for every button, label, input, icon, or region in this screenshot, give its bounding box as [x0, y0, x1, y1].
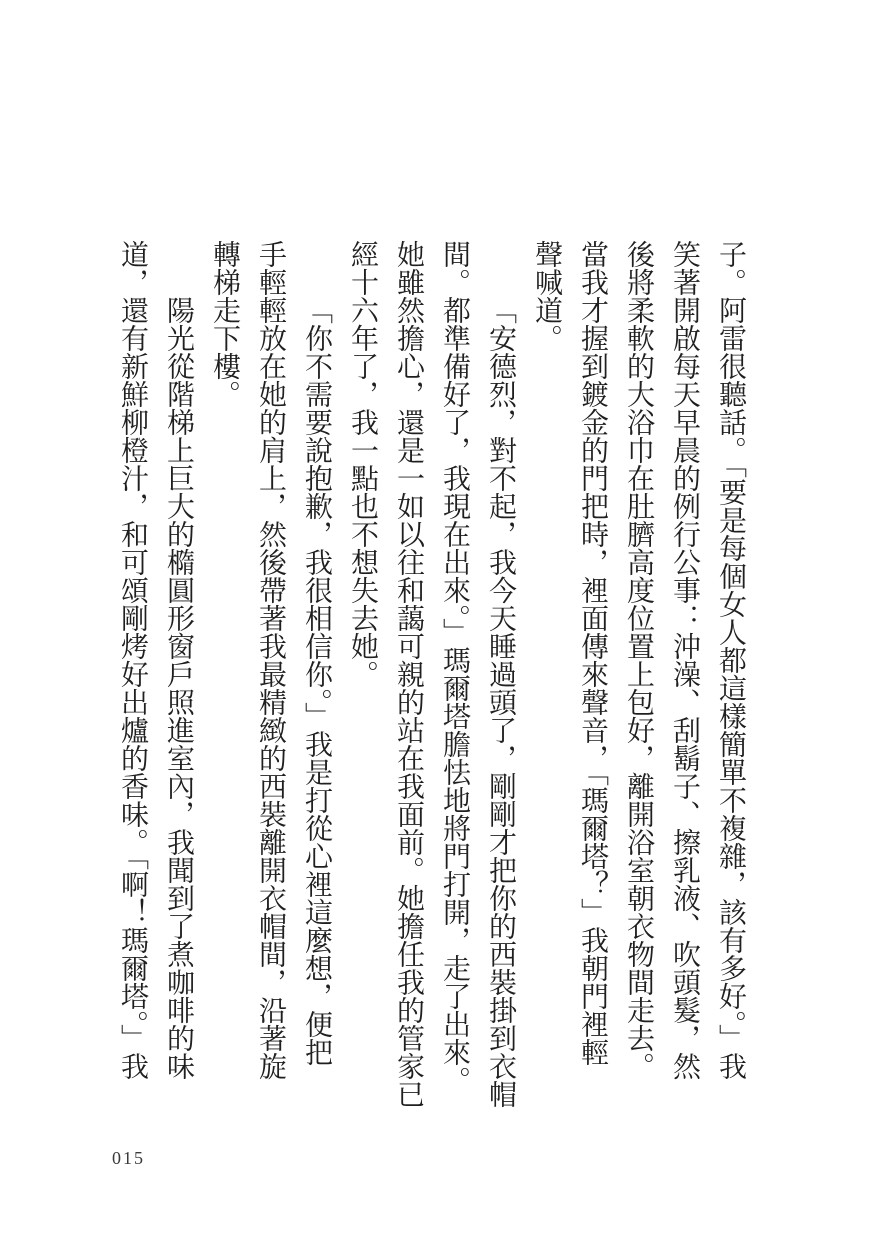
text-column: 聲喊道。	[523, 240, 569, 1120]
text-column: 笑著開啟每天早晨的例行公事：沖澡、刮鬍子、擦乳液、吹頭髮，然	[661, 240, 707, 1120]
text-column: 經十六年了，我一點也不想失去她。	[339, 240, 385, 1120]
book-page: 子。阿雷很聽話。「要是每個女人都這樣簡單不複雜，該有多好。」我笑著開啟每天早晨的…	[0, 0, 875, 1241]
body-text: 子。阿雷很聽話。「要是每個女人都這樣簡單不複雜，該有多好。」我笑著開啟每天早晨的…	[109, 240, 753, 1120]
text-column: 「安德烈，對不起，我今天睡過頭了，剛剛才把你的西裝掛到衣帽	[477, 240, 523, 1120]
text-column: 「你不需要說抱歉，我很相信你。」我是打從心裡這麼想，便把	[293, 240, 339, 1120]
page-number: 015	[112, 1148, 145, 1169]
text-column: 後將柔軟的大浴巾在肚臍高度位置上包好，離開浴室朝衣物間走去。	[615, 240, 661, 1120]
text-column: 當我才握到鍍金的門把時，裡面傳來聲音，「瑪爾塔？」我朝門裡輕	[569, 240, 615, 1120]
text-column: 轉梯走下樓。	[201, 240, 247, 1120]
text-column: 道，還有新鮮柳橙汁，和可頌剛烤好出爐的香味。「啊！瑪爾塔。」我	[109, 240, 155, 1120]
text-column: 陽光從階梯上巨大的橢圓形窗戶照進室內，我聞到了煮咖啡的味	[155, 240, 201, 1120]
text-column: 她雖然擔心，還是一如以往和藹可親的站在我面前。她擔任我的管家已	[385, 240, 431, 1120]
text-column: 間。都準備好了，我現在出來。」瑪爾塔膽怯地將門打開，走了出來。	[431, 240, 477, 1120]
text-column: 子。阿雷很聽話。「要是每個女人都這樣簡單不複雜，該有多好。」我	[707, 240, 753, 1120]
text-column: 手輕輕放在她的肩上，然後帶著我最精緻的西裝離開衣帽間，沿著旋	[247, 240, 293, 1120]
